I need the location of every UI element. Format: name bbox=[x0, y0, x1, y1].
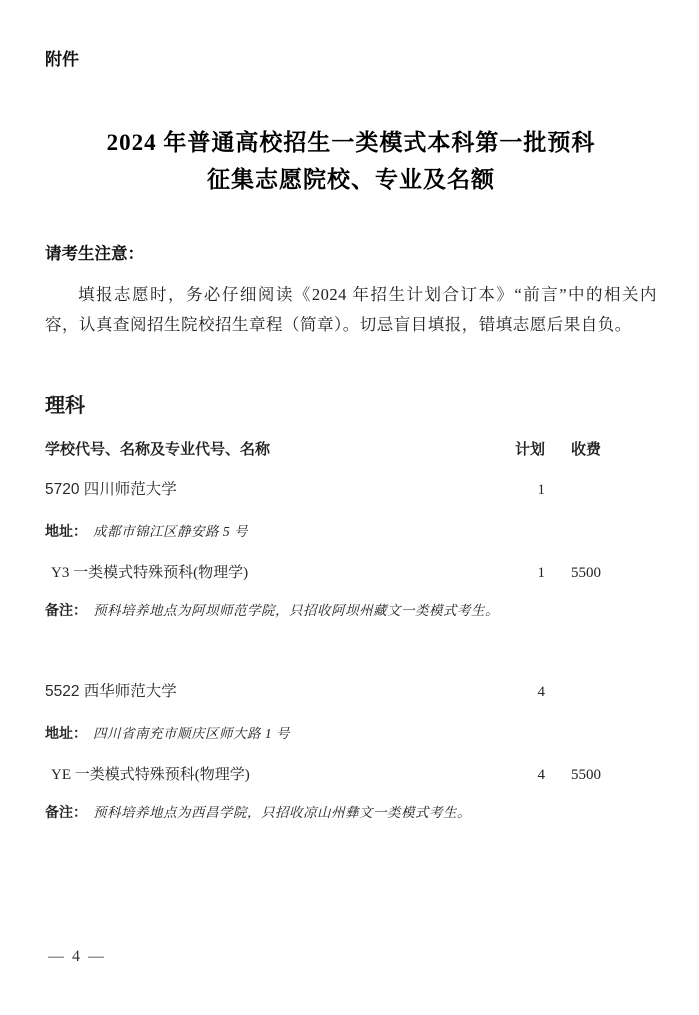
table-row-major: YE 一类模式特殊预科(物理学) 4 5500 bbox=[45, 765, 601, 785]
major-plan: 4 bbox=[495, 765, 545, 785]
table-row-note: 备注：预科培养地点为西昌学院，只招收凉山州彝文一类模式考生。 bbox=[45, 803, 601, 822]
major-code-name: YE 一类模式特殊预科(物理学) bbox=[51, 765, 495, 785]
major-fee: 5500 bbox=[545, 765, 601, 785]
plan-table: 学校代号、名称及专业代号、名称 计划 收费 5720 四川师范大学 1 地址：成… bbox=[45, 440, 601, 822]
major-code-name: Y3 一类模式特殊预科(物理学) bbox=[51, 563, 495, 583]
table-row-address: 地址：成都市锦江区静安路 5 号 bbox=[45, 522, 601, 541]
table-row-address: 地址：四川省南充市顺庆区师大路 1 号 bbox=[45, 724, 601, 743]
school-code-name: 5720 四川师范大学 bbox=[45, 480, 495, 500]
table-row-school: 5720 四川师范大学 1 bbox=[45, 480, 601, 500]
header-plan-column: 计划 bbox=[495, 440, 545, 460]
table-row-note: 备注：预科培养地点为阿坝师范学院，只招收阿坝州藏文一类模式考生。 bbox=[45, 601, 601, 620]
school-plan-total: 4 bbox=[495, 682, 545, 702]
attachment-label: 附件 bbox=[45, 48, 657, 72]
note-value: 预科培养地点为阿坝师范学院，只招收阿坝州藏文一类模式考生。 bbox=[93, 603, 499, 618]
address-value: 四川省南充市顺庆区师大路 1 号 bbox=[93, 726, 290, 741]
document-title: 2024 年普通高校招生一类模式本科第一批预科 征集志愿院校、专业及名额 bbox=[45, 124, 657, 198]
school-plan-total: 1 bbox=[495, 480, 545, 500]
document-title-line2: 征集志愿院校、专业及名额 bbox=[207, 167, 495, 192]
note-value: 预科培养地点为西昌学院，只招收凉山州彝文一类模式考生。 bbox=[93, 805, 471, 820]
address-value: 成都市锦江区静安路 5 号 bbox=[93, 524, 248, 539]
document-title-line1: 2024 年普通高校招生一类模式本科第一批预科 bbox=[107, 130, 596, 155]
table-row-school: 5522 西华师范大学 4 bbox=[45, 682, 601, 702]
document-page: 附件 2024 年普通高校招生一类模式本科第一批预科 征集志愿院校、专业及名额 … bbox=[45, 0, 657, 1015]
section-heading-science: 理科 bbox=[45, 392, 657, 420]
address-label: 地址： bbox=[45, 523, 87, 539]
table-header-row: 学校代号、名称及专业代号、名称 计划 收费 bbox=[45, 440, 601, 460]
address-label: 地址： bbox=[45, 725, 87, 741]
note-label: 备注： bbox=[45, 804, 87, 820]
header-school-major-column: 学校代号、名称及专业代号、名称 bbox=[45, 440, 495, 460]
notice-heading: 请考生注意： bbox=[45, 242, 657, 266]
page-number: — 4 — bbox=[48, 948, 106, 966]
header-fee-column: 收费 bbox=[545, 440, 601, 460]
major-plan: 1 bbox=[495, 563, 545, 583]
note-label: 备注： bbox=[45, 602, 87, 618]
school-code-name: 5522 西华师范大学 bbox=[45, 682, 495, 702]
table-row-major: Y3 一类模式特殊预科(物理学) 1 5500 bbox=[45, 563, 601, 583]
notice-paragraph: 填报志愿时，务必仔细阅读《2024 年招生计划合订本》“前言”中的相关内容，认真… bbox=[45, 280, 657, 340]
major-fee: 5500 bbox=[545, 563, 601, 583]
